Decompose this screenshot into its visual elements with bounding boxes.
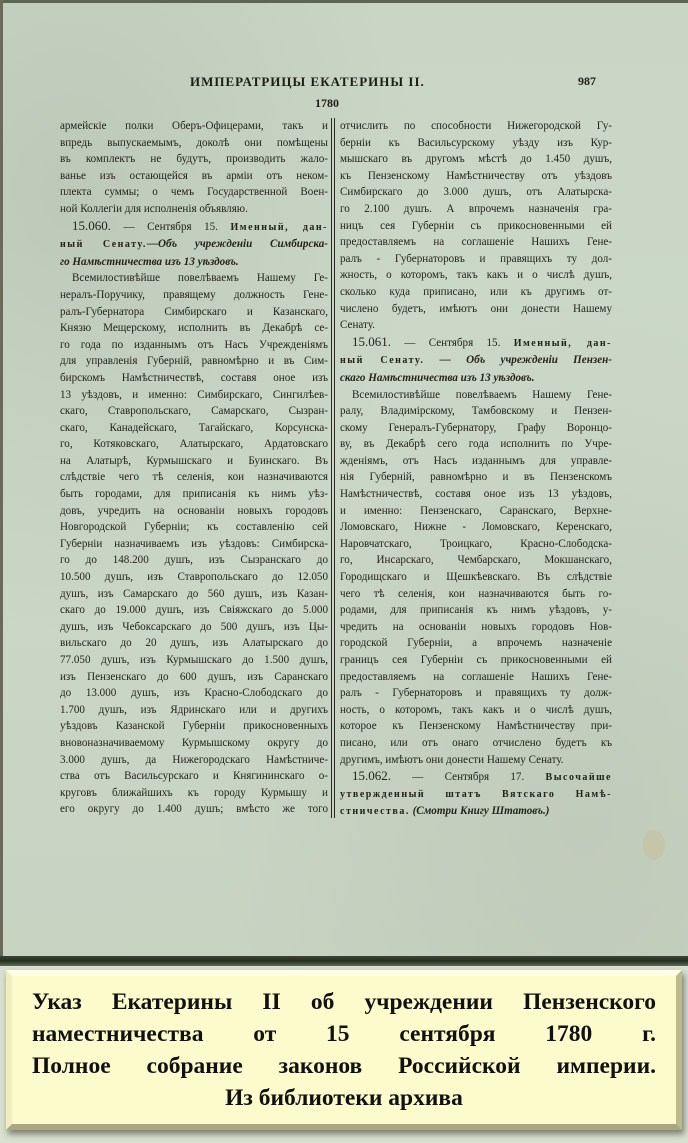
text-line: ралу, Владимірскому, Тамбовскому и Пензе…	[340, 403, 612, 420]
text-line: чего тѣ селенія, кои назначиваются быть …	[340, 586, 612, 603]
caption-line: Указ Екатерины II об учреждении Пензенск…	[32, 986, 656, 1018]
entry-type: утвержденный штатъ Вятскаго Намѣ-	[340, 787, 612, 804]
entry-title: скаго Намѣстничества изъ 13 уѣздовъ.	[340, 370, 612, 387]
text-line: плекта суммы; о чемъ Государственной Вое…	[60, 184, 328, 201]
text-line: границъ сея Губерніи съ прикосновенными …	[340, 652, 612, 669]
text-line: круговъ ближайшихъ къ городу Курмышу и	[60, 785, 328, 802]
entry-type: Именный, дан-	[514, 338, 612, 349]
text-line: жность, о которомъ, такъ какъ и о числѣ …	[340, 267, 612, 284]
text-line: впредь выпускаемымъ, доколѣ они помѣщены	[60, 135, 328, 152]
text-line: ванье изъ остающейся въ арміи отъ неком-	[60, 168, 328, 185]
entry-type: ный Сенату.	[340, 355, 424, 366]
entry-date: — Сентября 15.	[124, 221, 218, 233]
text-line: уѣздовъ Казанской Губерніи прикосновенны…	[60, 718, 328, 735]
text-line: и именно: Пензенскаго, Саранскаго, Верхн…	[340, 503, 612, 520]
page-edge-bottom	[0, 956, 688, 966]
text-line: жденіямъ, отъ Насъ изданнымъ для управле…	[340, 453, 612, 470]
text-line: Ломовскаго, Нижне - Ломовскаго, Керенска…	[340, 519, 612, 536]
text-line: го, Котяковскаго, Алатырскаго, Ардатовск…	[60, 436, 328, 453]
left-column: армейскіе полки Оберъ-Офицерами, такъ и …	[60, 118, 328, 818]
entry-title: — Объ учрежденіи Пензен-	[440, 354, 612, 366]
caption-line: Полное собрание законов Российской импер…	[32, 1050, 656, 1082]
entry-title: го Намѣстничества изъ 13 уѣздовъ.	[60, 254, 328, 271]
text-line: для управленія Губерній, равномѣрно и въ…	[60, 353, 328, 370]
text-line: го 2.100 душъ. А впрочемъ назначенія гра…	[340, 201, 612, 218]
text-line: 77.050 душъ, изъ Курмышскаго до 1.500 ду…	[60, 652, 328, 669]
entry-number: 15.060.	[72, 218, 111, 233]
text-line: сколько куда приписано, или къ другимъ о…	[340, 284, 612, 301]
year-heading: 1780	[315, 96, 339, 111]
text-line: предоставляемъ на соглашеніе Нашихъ Гене…	[340, 669, 612, 686]
text-line: родами, для приписанія къ нимъ уѣздовъ, …	[340, 602, 612, 619]
entry-type: ный Сенату.	[60, 239, 147, 250]
text-line: скому Генералъ-Губернатору, Графу Воронц…	[340, 420, 612, 437]
text-line: нія Губерній, равномѣрно и въ Пензенском…	[340, 469, 612, 486]
entry-heading-15062: 15.062. — Сентября 17. Высочайше	[340, 768, 612, 787]
text-line: на Алатырѣ, Курмышскаго и Буинскаго. Въ	[60, 453, 328, 470]
text-line: слѣдствіе чего тѣ селенія, кои назначива…	[60, 469, 328, 486]
entry-type: Именный, дан-	[231, 222, 329, 233]
text-line: армейскіе полки Оберъ-Офицерами, такъ и	[60, 118, 328, 135]
text-line: бирскомъ Намѣстничествѣ, составя оное из…	[60, 370, 328, 387]
entry-number: 15.061.	[352, 334, 391, 349]
entry-heading-15060: 15.060. — Сентября 15. Именный, дан-	[60, 218, 328, 237]
text-line: вновоназначиваемому Курмышскому округу д…	[60, 735, 328, 752]
text-line: которое къ Пензенскому Намѣстничеству пр…	[340, 718, 612, 735]
text-line: го, Инсарскаго, Чембарскаго, Мокшанскаго…	[340, 552, 612, 569]
text-line: быть городами, для приписанія къ нимъ уѣ…	[60, 486, 328, 503]
text-line: ницъ сея Губерніи съ прикосновенными ей	[340, 218, 612, 235]
text-line: писано, или отъ онаго отчислено будетъ к…	[340, 735, 612, 752]
text-line: ства отъ Васильсурскаго и Княгининскаго …	[60, 768, 328, 785]
entry-heading-15061: 15.061. — Сентября 15. Именный, дан-	[340, 334, 612, 353]
text-line: ралъ - Губернаторовъ и правящихъ ту долж…	[340, 685, 612, 702]
text-line: скаго до 19.000 душъ, изъ Свіяжскаго до …	[60, 602, 328, 619]
text-line: 13 уѣздовъ, и именно: Симбирскаго, Синги…	[60, 387, 328, 404]
text-line: нералъ-Поручику, правящему должность Ген…	[60, 287, 328, 304]
text-line: Сенату.	[340, 317, 612, 334]
text-line: 3.000 душъ, да Нижегородскаго Намѣстниче…	[60, 752, 328, 769]
text-line: городской Губерніи, а впрочемъ назначені…	[340, 635, 612, 652]
caption-text: Указ Екатерины II об учреждении Пензенск…	[32, 986, 656, 1114]
text-line: Городищскаго и Щешкѣевскаго. Въ слѣдстві…	[340, 569, 612, 586]
text-line: го года по изданнымъ отъ Насъ Учрежденія…	[60, 337, 328, 354]
text-line: Новгородской Губерніи; къ составленію се…	[60, 519, 328, 536]
text-line: чредить на основаніи новыхъ городовъ Нов…	[340, 619, 612, 636]
paper-stain	[643, 830, 665, 860]
text-line: въ комплектъ не будутъ, производить жало…	[60, 151, 328, 168]
text-line: Губерніи назначиваемъ изъ уѣздовъ: Симби…	[60, 536, 328, 553]
text-line: 1.700 душъ, изъ Ядринскаго или и другихъ	[60, 702, 328, 719]
page-number: 987	[578, 74, 596, 89]
text-line: отчислить по способности Нижегородской Г…	[340, 118, 612, 135]
text-line: ралъ-Губернатора Симбирскаго и Казанскаг…	[60, 304, 328, 321]
text-line: ралъ - Губернаторовъ и правящихъ ту дол-	[340, 251, 612, 268]
entry-date: — Сентября 15.	[404, 337, 500, 349]
right-column: отчислить по способности Нижегородской Г…	[340, 118, 612, 821]
column-divider	[331, 118, 335, 818]
text-line: душъ, изъ Самарскаго до 560 душъ, изъ Ка…	[60, 586, 328, 603]
text-line: душъ, изъ Чебоксарскаго до 500 душъ, изъ…	[60, 619, 328, 636]
text-line: берніи къ Васильсурскому уѣзду изъ Кур-	[340, 135, 612, 152]
text-line: скаго, Канадейскаго, Тагайскаго, Корсунс…	[60, 420, 328, 437]
text-line: мышскаго въ другомъ мѣстѣ до 1.450 душъ,	[340, 151, 612, 168]
caption-line: наместничества от 15 сентября 1780 г.	[32, 1018, 656, 1050]
text-line: Всемилостивѣйше повелѣваемъ Нашему Ге-	[60, 270, 328, 287]
entry-type: стничества.	[340, 806, 410, 817]
text-line: довъ, учредить на основаніи новыхъ город…	[60, 503, 328, 520]
entry-date: — Сентября 17.	[412, 771, 524, 783]
text-line: ву, въ Декабрѣ сего года исполнить по Уч…	[340, 436, 612, 453]
text-line: предоставляемъ на соглашеніе Нашихъ Гене…	[340, 234, 612, 251]
text-line: 10.500 душъ, изъ Ставропольскаго до 12.0…	[60, 569, 328, 586]
entry-type: Высочайше	[546, 772, 612, 783]
text-line: другимъ, имѣютъ они донести Нашему Сенат…	[340, 752, 612, 769]
text-line: го до 148.200 душъ, изъ Сызранскаго до	[60, 552, 328, 569]
text-line: къ Пензенскому Намѣстничеству отъ уѣздов…	[340, 168, 612, 185]
text-line: скаго, Ставропольскаго, Самарскаго, Сызр…	[60, 403, 328, 420]
entry-heading-15061-cont: ный Сенату. — Объ учрежденіи Пензен-	[340, 352, 612, 370]
running-head: ИМПЕРАТРИЦЫ ЕКАТЕРИНЫ II.	[190, 74, 425, 90]
text-line: ность, о которомъ, такъ какъ и о числѣ д…	[340, 702, 612, 719]
text-line: Князю Мещерскому, исполнить въ Декабрѣ с…	[60, 320, 328, 337]
entry-number: 15.062.	[352, 768, 391, 783]
text-line: Всемилостивѣйше повелѣваемъ Нашему Гене-	[340, 387, 612, 404]
entry-heading-15060-cont: ный Сенату.—Объ учрежденіи Симбирска-	[60, 236, 328, 254]
entry-note: (Смотри Книгу Штатовъ.)	[413, 805, 550, 817]
caption-plate: Указ Екатерины II об учреждении Пензенск…	[6, 970, 682, 1130]
text-line: ной Коллегіи для исполненія объявляю.	[60, 201, 328, 218]
caption-line: Из библиотеки архива	[32, 1082, 656, 1114]
text-line: Симбирскаго до 3.000 душъ, отъ Алатырска…	[340, 184, 612, 201]
entry-title: —Объ учрежденіи Симбирска-	[147, 238, 328, 250]
text-line: изъ Пензенскаго до 600 душъ, изъ Саранск…	[60, 669, 328, 686]
page-edge-left	[0, 0, 3, 960]
text-line: числено будетъ, имѣютъ они донести Нашем…	[340, 301, 612, 318]
text-line: Наровчатскаго, Троицкаго, Красно-Слободс…	[340, 536, 612, 553]
text-line: до 13.000 душъ, изъ Красно-Слободскаго д…	[60, 685, 328, 702]
text-line: Намѣстничествѣ, составя оное изъ 13 уѣзд…	[340, 486, 612, 503]
entry-heading-15062-end: стничества. (Смотри Книгу Штатовъ.)	[340, 803, 612, 821]
text-line: его округу до 1.400 душъ; вмѣсто же того	[60, 801, 328, 818]
text-line: вильскаго до 20 душъ, изъ Алатырскаго до	[60, 635, 328, 652]
